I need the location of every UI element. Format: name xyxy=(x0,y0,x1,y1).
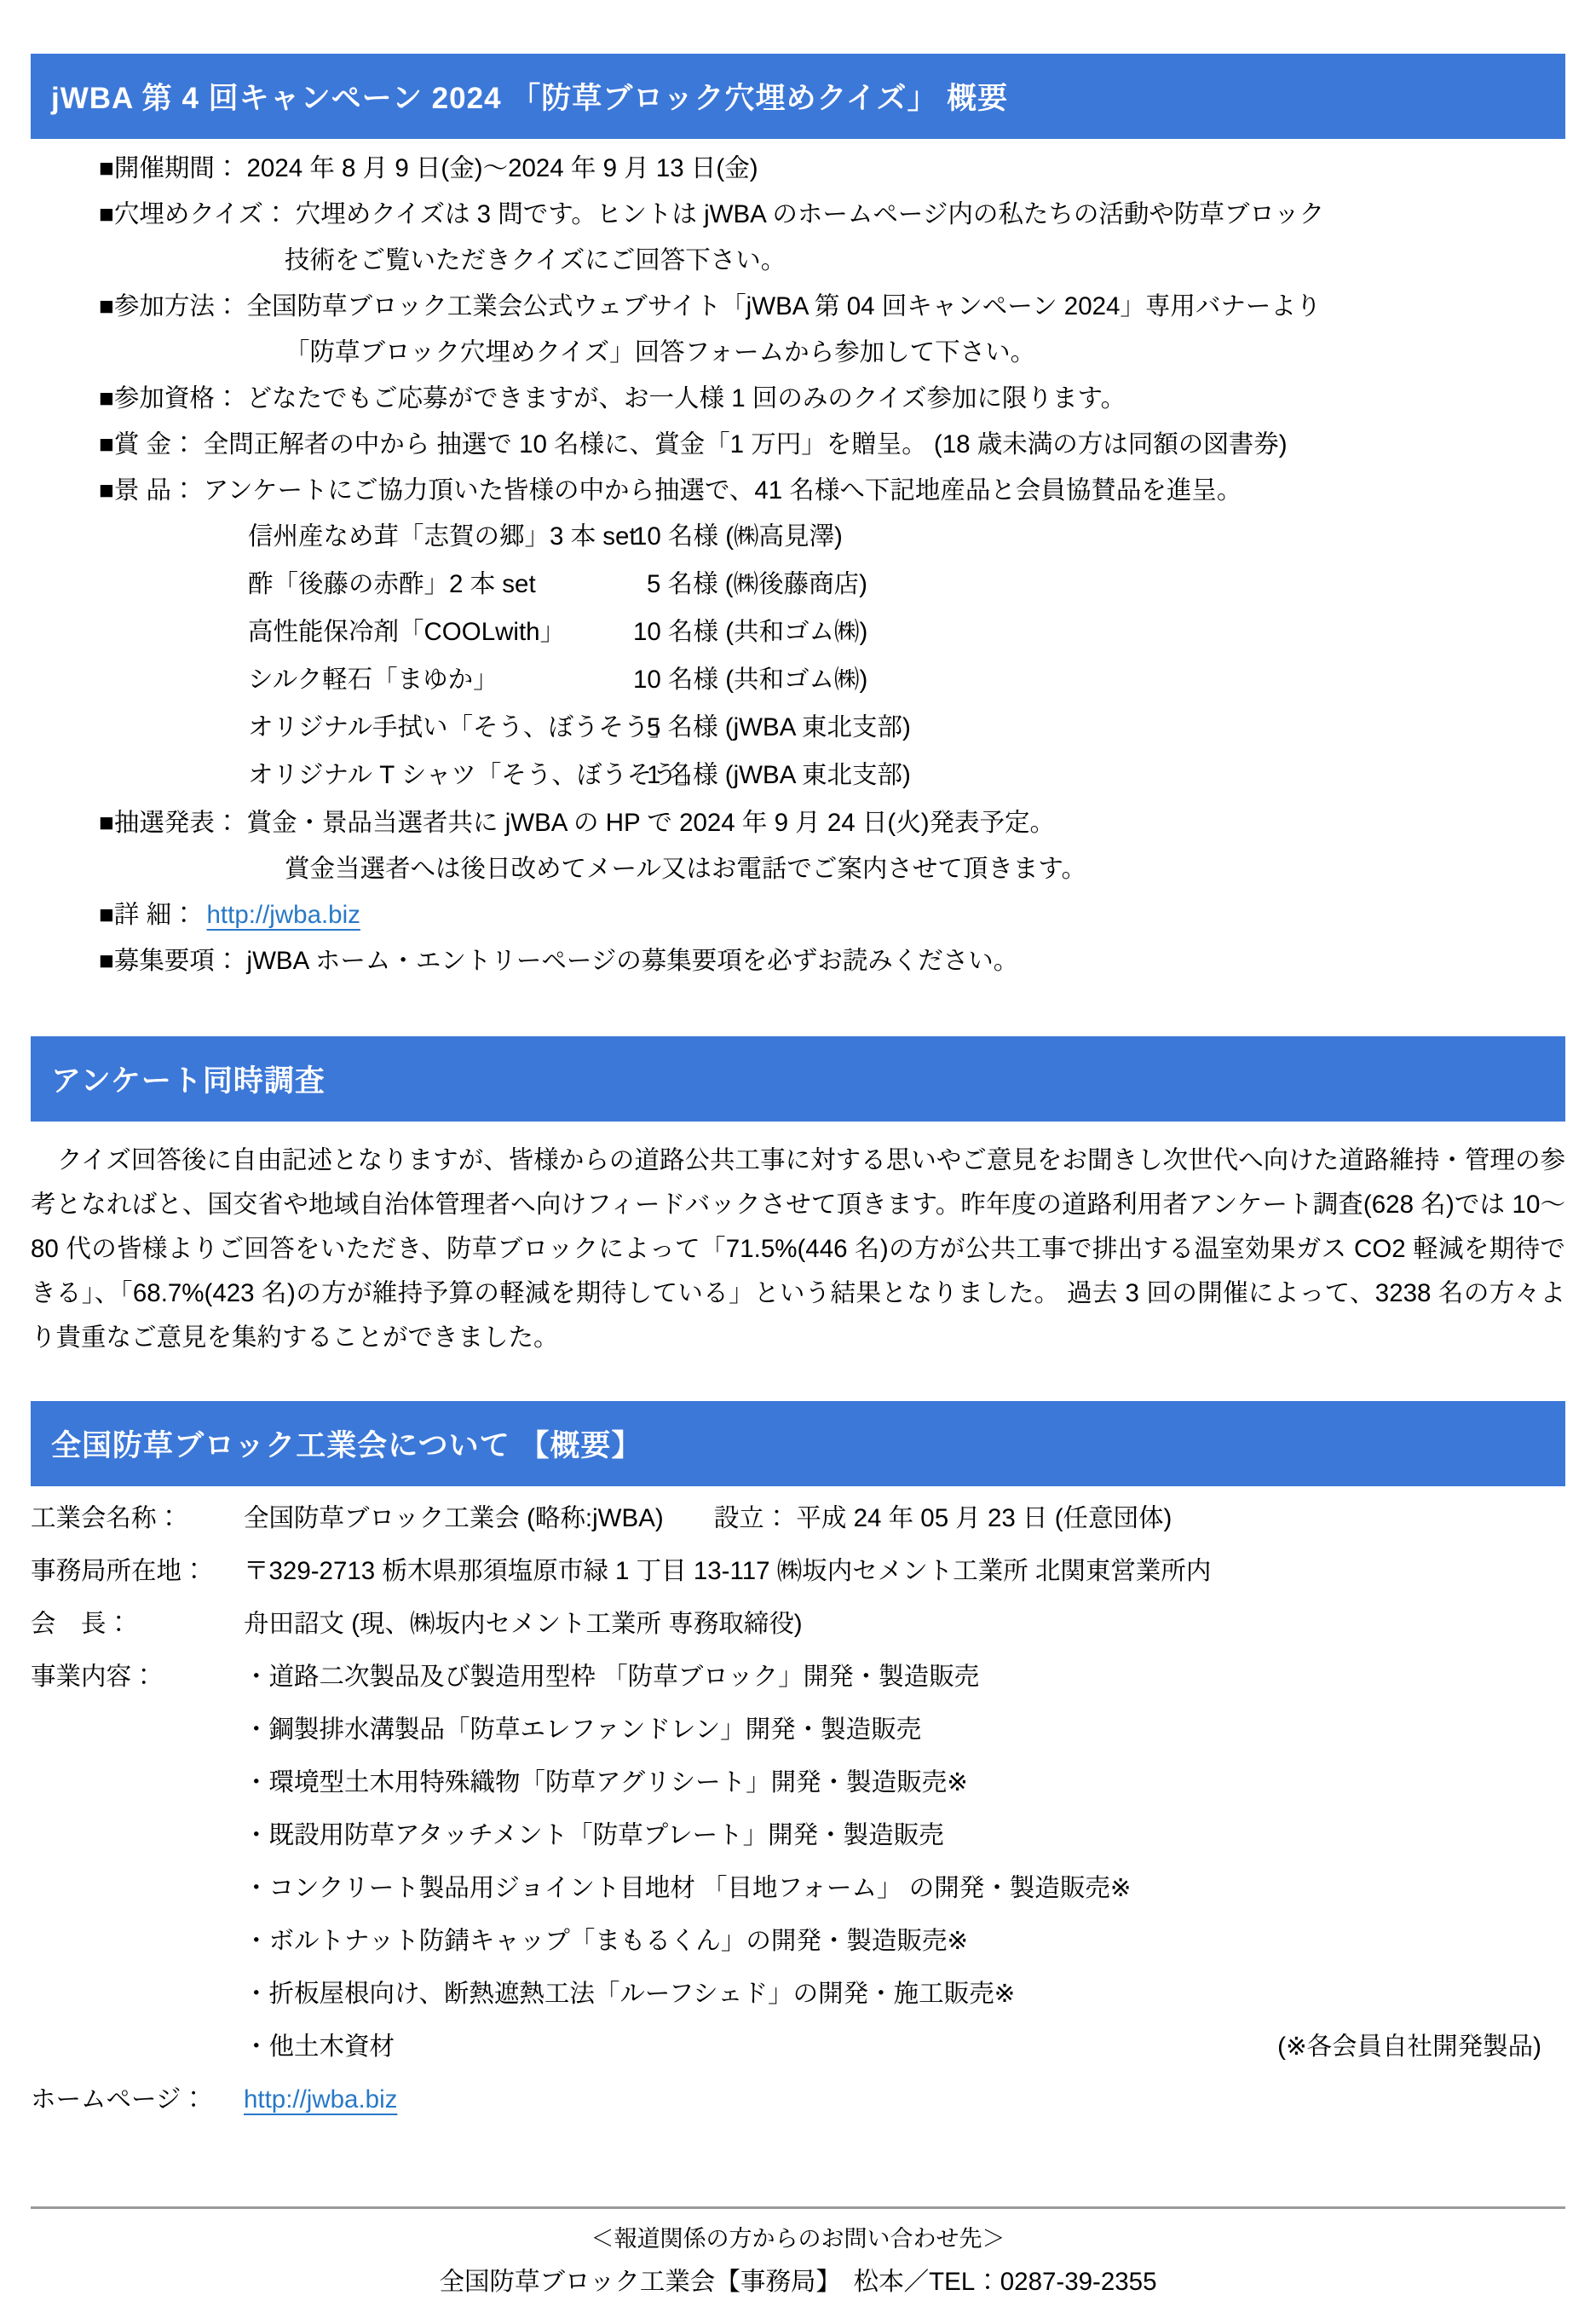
detail-link-label: ■詳 細： xyxy=(99,901,197,929)
campaign-detail-link[interactable]: http://jwba.biz xyxy=(207,901,360,929)
press-contact-header: ＜報道関係の方からのお問い合わせ先＞ xyxy=(31,2223,1565,2255)
campaign-details-list: ■開催期間： 2024 年 8 月 9 日(金)～2024 年 9 月 13 日… xyxy=(31,152,1565,978)
about-row-office: 事務局所在地： 〒329-2713 栃木県那須塩原市緑 1 丁目 13-117 … xyxy=(31,1554,1565,1589)
about-label: ホームページ： xyxy=(31,2083,244,2117)
prize-name: オリジナル手拭い「そう、ぼうそう」 xyxy=(248,711,633,745)
about-row-homepage: ホームページ： http://jwba.biz xyxy=(31,2083,1565,2117)
about-title: 全国防草ブロック工業会について 【概要】 xyxy=(51,1422,642,1465)
section-header-survey: アンケート同時調査 xyxy=(31,1036,1565,1122)
about-value: ・道路二次製品及び製造用型枠 「防草ブロック」開発・製造販売 xyxy=(244,1660,979,1694)
footer-divider xyxy=(31,2206,1565,2209)
about-value: 舟田詔文 (現、㈱坂内セメント工業所 専務取締役) xyxy=(244,1607,803,1641)
detail-link-line: ■詳 細：http://jwba.biz xyxy=(99,898,1565,932)
prize-name: 信州産なめ茸「志賀の郷」3 本 set xyxy=(248,520,633,554)
detail-line-recruitment: ■募集要項： jWBA ホーム・エントリーページの募集要項を必ずお読みください。 xyxy=(99,944,1565,978)
business-item: ・ボルトナット防錆キャップ「まもるくん」の開発・製造販売※ xyxy=(244,1924,968,1958)
prize-name: 酢「後藤の赤酢」2 本 set xyxy=(248,568,633,602)
business-item: ・他土木資材 xyxy=(244,2030,395,2064)
about-value: 〒329-2713 栃木県那須塩原市緑 1 丁目 13-117 ㈱坂内セメント工… xyxy=(244,1554,1211,1589)
prize-row: シルク軽石「まゆか」 10 名様 (共和ゴム㈱) xyxy=(248,663,1565,697)
document-page: jWBA 第 4 回キャンペーン 2024 「防草ブロック穴埋めクイズ」 概要 … xyxy=(0,54,1596,2299)
survey-title: アンケート同時調査 xyxy=(51,1058,326,1100)
about-label: 会 長： xyxy=(31,1607,244,1641)
business-item-row: ・環境型土木用特殊織物「防草アグリシート」開発・製造販売※ xyxy=(31,1766,1565,1800)
detail-line-quiz-cont: 技術をご覧いただきクイズにご回答下さい。 xyxy=(99,244,1565,278)
prize-winners: 5 名様 (㈱後藤商店) xyxy=(633,568,867,602)
business-item: ・既設用防草アタッチメント「防草プレート」開発・製造販売 xyxy=(244,1819,944,1853)
about-row-chairman: 会 長： 舟田詔文 (現、㈱坂内セメント工業所 専務取締役) xyxy=(31,1607,1565,1641)
homepage-link[interactable]: http://jwba.biz xyxy=(244,2083,397,2117)
prize-row: オリジナル T シャツ「そう、ぼうそう」 1 名様 (jWBA 東北支部) xyxy=(248,758,1565,793)
about-label: 事業内容： xyxy=(31,1660,244,1694)
press-contact-line: 全国防草ブロック工業会【事務局】 松本／TEL：0287-39-2355 xyxy=(31,2265,1565,2299)
prize-winners: 10 名様 (共和ゴム㈱) xyxy=(633,615,867,649)
business-item: ・コンクリート製品用ジョイント目地材 「目地フォーム」 の開発・製造販売※ xyxy=(244,1871,1131,1906)
section-header-about: 全国防草ブロック工業会について 【概要】 xyxy=(31,1401,1565,1486)
detail-line-announcement-cont: 賞金当選者へは後日改めてメール又はお電話でご案内させて頂きます。 xyxy=(99,852,1565,886)
about-details: 工業会名称： 全国防草ブロック工業会 (略称:jWBA) 設立： 平成 24 年… xyxy=(31,1502,1565,2117)
business-item-row: ・コンクリート製品用ジョイント目地材 「目地フォーム」 の開発・製造販売※ xyxy=(31,1871,1565,1906)
detail-line-period: ■開催期間： 2024 年 8 月 9 日(金)～2024 年 9 月 13 日… xyxy=(99,152,1565,186)
about-row-name: 工業会名称： 全国防草ブロック工業会 (略称:jWBA) 設立： 平成 24 年… xyxy=(31,1502,1565,1536)
prize-winners: 1 名様 (jWBA 東北支部) xyxy=(633,758,911,793)
prize-row: オリジナル手拭い「そう、ぼうそう」 5 名様 (jWBA 東北支部) xyxy=(248,711,1565,745)
prize-winners: 10 名様 (㈱高見澤) xyxy=(633,520,843,554)
section-header-campaign: jWBA 第 4 回キャンペーン 2024 「防草ブロック穴埋めクイズ」 概要 xyxy=(31,54,1565,139)
about-label: 工業会名称： xyxy=(31,1502,244,1536)
detail-line-announcement: ■抽選発表： 賞金・景品当選者共に jWBA の HP で 2024 年 9 月… xyxy=(99,806,1565,840)
prize-winners: 5 名様 (jWBA 東北支部) xyxy=(633,711,911,745)
prize-name: オリジナル T シャツ「そう、ぼうそう」 xyxy=(248,758,633,793)
prize-winners: 10 名様 (共和ゴム㈱) xyxy=(633,663,867,697)
business-item-row: ・折板屋根向け、断熱遮熱工法「ルーフシェド」の開発・施工販売※ xyxy=(31,1977,1565,2011)
survey-paragraph: クイズ回答後に自由記述となりますが、皆様からの道路公共工事に対する思いやご意見を… xyxy=(31,1139,1565,1360)
about-label: 事務局所在地： xyxy=(31,1554,244,1589)
prize-row: 酢「後藤の赤酢」2 本 set 5 名様 (㈱後藤商店) xyxy=(248,568,1565,602)
detail-line-prize-money: ■賞 金： 全問正解者の中から 抽選で 10 名様に、賞金「1 万円」を贈呈。 … xyxy=(99,428,1565,462)
about-value: 全国防草ブロック工業会 (略称:jWBA) 設立： 平成 24 年 05 月 2… xyxy=(244,1502,1172,1536)
detail-line-quiz: ■穴埋めクイズ： 穴埋めクイズは 3 問です。ヒントは jWBA のホームページ… xyxy=(99,198,1565,232)
business-item-row: ・鋼製排水溝製品「防草エレファンドレン」開発・製造販売 xyxy=(31,1713,1565,1747)
detail-line-howto: ■参加方法： 全国防草ブロック工業会公式ウェブサイト「jWBA 第 04 回キャ… xyxy=(99,290,1565,324)
about-row-business: 事業内容： ・道路二次製品及び製造用型枠 「防草ブロック」開発・製造販売 xyxy=(31,1660,1565,1694)
prize-name: 高性能保冷剤「COOLwith」 xyxy=(248,615,633,649)
business-item: ・鋼製排水溝製品「防草エレファンドレン」開発・製造販売 xyxy=(244,1713,921,1747)
business-item-row-last: ・他土木資材 (※各会員自社開発製品) xyxy=(31,2030,1565,2064)
detail-line-goods: ■景 品： アンケートにご協力頂いた皆様の中から抽選で、41 名様へ下記地産品と… xyxy=(99,474,1565,508)
detail-line-howto-cont: 「防草ブロック穴埋めクイズ」回答フォームから参加して下さい。 xyxy=(99,336,1565,370)
prize-name: シルク軽石「まゆか」 xyxy=(248,663,633,697)
business-item-row: ・ボルトナット防錆キャップ「まもるくん」の開発・製造販売※ xyxy=(31,1924,1565,1958)
campaign-title: jWBA 第 4 回キャンペーン 2024 「防草ブロック穴埋めクイズ」 概要 xyxy=(51,75,1008,118)
business-item-row: ・既設用防草アタッチメント「防草プレート」開発・製造販売 xyxy=(31,1819,1565,1853)
prize-row: 高性能保冷剤「COOLwith」 10 名様 (共和ゴム㈱) xyxy=(248,615,1565,649)
business-item: ・折板屋根向け、断熱遮熱工法「ルーフシェド」の開発・施工販売※ xyxy=(244,1977,1015,2011)
prize-row: 信州産なめ茸「志賀の郷」3 本 set 10 名様 (㈱高見澤) xyxy=(248,520,1565,554)
self-developed-note: (※各会員自社開発製品) xyxy=(1277,2030,1565,2064)
prize-list: 信州産なめ茸「志賀の郷」3 本 set 10 名様 (㈱高見澤) 酢「後藤の赤酢… xyxy=(99,520,1565,793)
detail-line-eligibility: ■参加資格： どなたでもご応募ができますが、お一人様 1 回のみのクイズ参加に限… xyxy=(99,382,1565,416)
business-item: ・環境型土木用特殊織物「防草アグリシート」開発・製造販売※ xyxy=(244,1766,968,1800)
